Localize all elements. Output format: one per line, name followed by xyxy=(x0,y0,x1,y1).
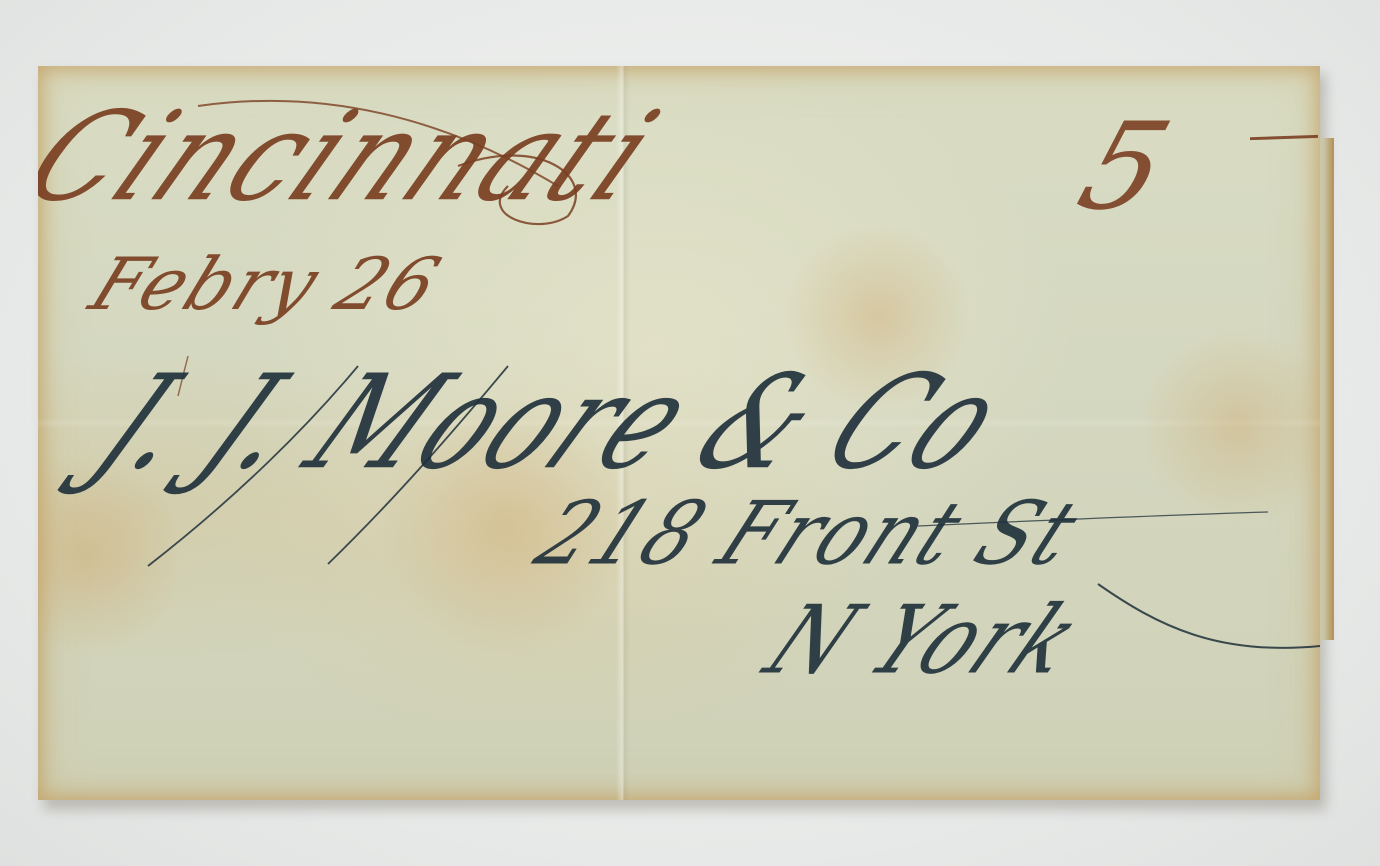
postmark-town: Cincinnati xyxy=(38,86,682,229)
folded-letter-cover: Cincinnati Febry 26 5 J. J. Moore & Co 2… xyxy=(38,66,1320,800)
addressee-street: 218 Front St xyxy=(521,484,1095,585)
rate-dash xyxy=(1250,135,1318,140)
addressee-name: J. J. Moore & Co xyxy=(70,346,1033,499)
addressee-city: N York xyxy=(748,586,1101,695)
postmark-date: Febry 26 xyxy=(79,242,453,326)
postage-rate: 5 xyxy=(1063,98,1187,237)
foxing-stain xyxy=(1138,326,1320,526)
